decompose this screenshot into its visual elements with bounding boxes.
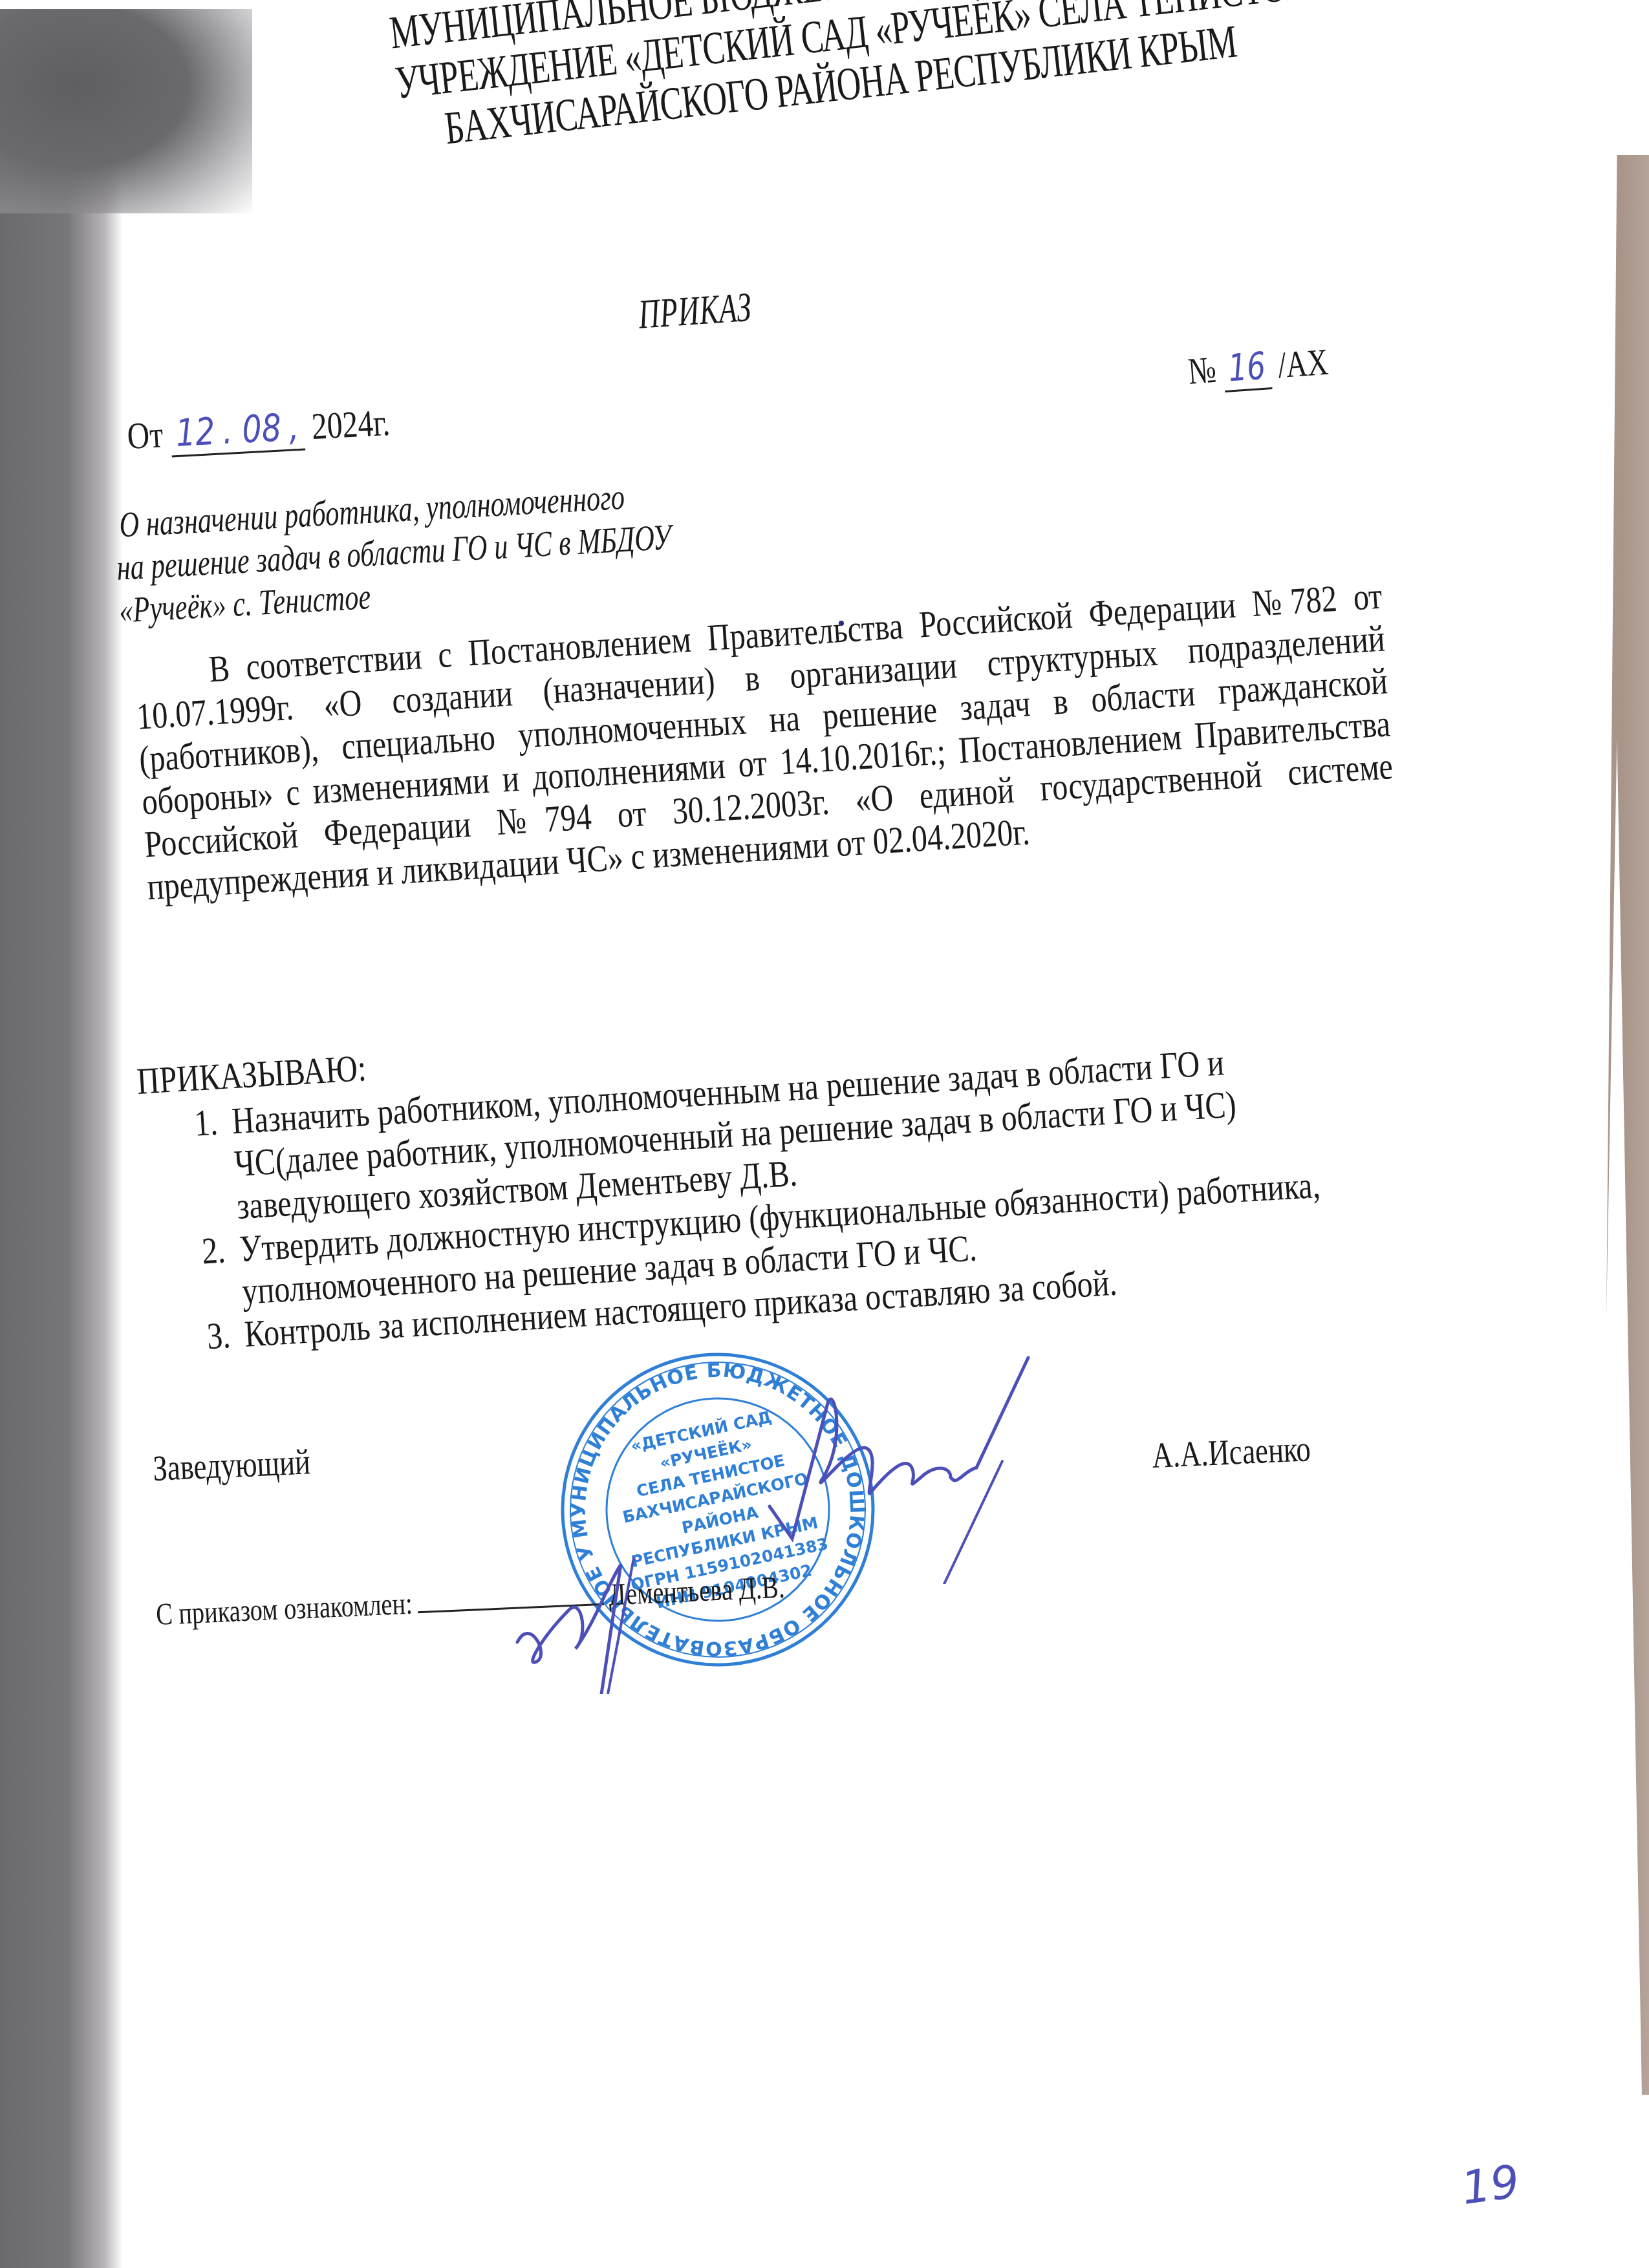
date-separator: . [221, 408, 243, 453]
date-month-handwritten: 08 [241, 406, 283, 452]
order-number: № 16 /АХ [1187, 339, 1330, 395]
order-number-suffix: /АХ [1277, 341, 1330, 386]
document-page: МУНИЦИПАЛЬНОЕ БЮДЖЕТНОЕ ДОШКОЛЬНОЕ ОБРАЗ… [0, 0, 1649, 2268]
signature-name: А.А.Исаенко [1151, 1428, 1311, 1477]
preamble: В соответствии с Постановлением Правител… [133, 575, 1397, 909]
order-subject: О назначении работника, уполномоченного … [113, 473, 674, 632]
organization-header: МУНИЦИПАЛЬНОЕ БЮДЖЕТНОЕ ДОШКОЛЬНОЕ ОБРАЗ… [216, 0, 1454, 177]
document-title: ПРИКАЗ [637, 283, 753, 339]
preamble-text: В соответствии с Постановлением Правител… [133, 575, 1397, 909]
orders-section: ПРИКАЗЫВАЮ: Назначить работником, уполно… [136, 990, 1332, 1361]
date-year: 2024г. [310, 401, 391, 447]
page-number-handwritten: 19 [1458, 2155, 1523, 2216]
order-number-handwritten: 16 [1222, 343, 1272, 392]
acknowledgement-label: С приказом ознакомлен: [155, 1587, 413, 1632]
date-day-handwritten: 12 [175, 409, 216, 455]
order-date: От 12 . 08 , 2024г. [126, 400, 391, 460]
acknowledgement-signature [511, 1545, 679, 1694]
signature-position: Заведующий [152, 1441, 311, 1490]
order-number-prefix: № [1187, 348, 1218, 392]
date-prefix: От [126, 413, 164, 457]
director-signature [757, 1345, 1035, 1584]
date-separator-2: , [288, 405, 300, 449]
date-handwritten-slot: 12 . 08 , [169, 405, 305, 458]
